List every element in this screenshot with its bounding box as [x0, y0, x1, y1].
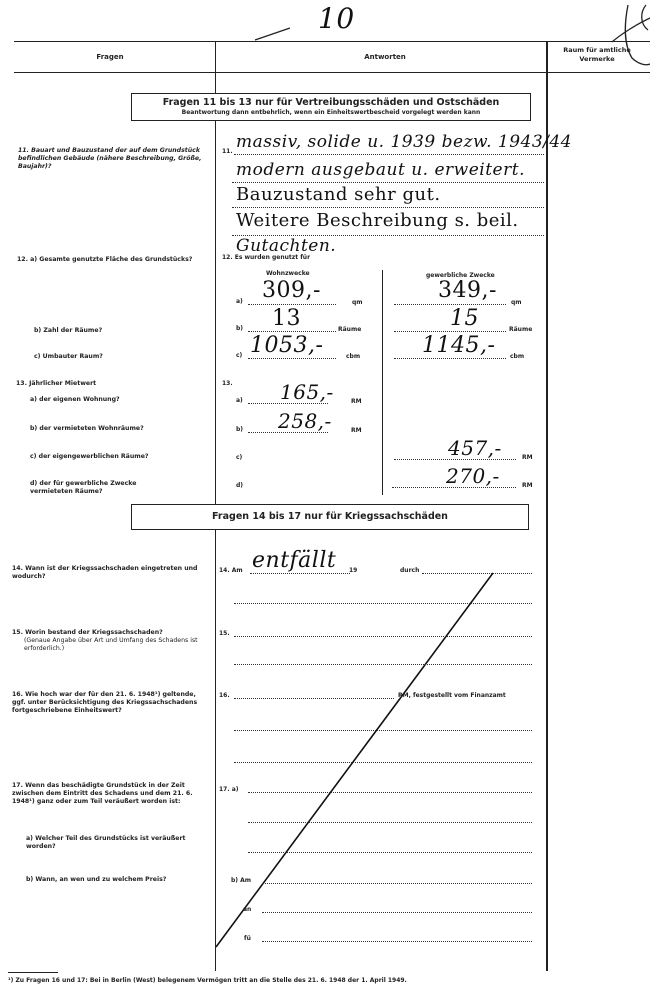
q12-question-c: c) Umbauter Raum? [34, 353, 103, 361]
q16-question: 16. Wie hoch war der für den 21. 6. 1948… [12, 691, 202, 715]
section-war-damages-banner: Fragen 14 bis 17 nur für Kriegssachschäd… [131, 504, 529, 530]
q11-answer-line-3: Bauzustand sehr gut. [236, 184, 441, 205]
q13-row-a-label: a) [236, 397, 243, 404]
q15-note: (Genaue Angabe über Art und Umfang des S… [24, 637, 204, 653]
q13-question-d: d) der für gewerbliche Zwecke vermietete… [30, 480, 180, 496]
q12-commercial-volume: 1145,- [422, 333, 495, 358]
q12-commercial-rooms: 15 [450, 306, 479, 331]
q17-answer-a-label: 17. a) [219, 786, 239, 793]
q12-unit-rooms-2: Räume [509, 326, 532, 333]
q14-question: 14. Wann ist der Kriegssachschaden einge… [12, 565, 202, 581]
q13-question-b: b) der vermieteten Wohnräume? [30, 425, 144, 433]
q17-answer-b-to: an [243, 906, 251, 913]
q15-question: 15. Worin bestand der Kriegssachschaden? [12, 629, 163, 637]
q11-answer-line-4: Weitere Beschreibung s. beil. [236, 210, 519, 231]
q17-question-a: a) Welcher Teil des Grundstücks ist verä… [26, 835, 196, 851]
q13-unit-c: RM [522, 454, 533, 461]
q12-row-b-label: b) [236, 325, 243, 332]
q11-answer-line-2: modern ausgebaut u. erweitert. [236, 160, 525, 180]
q12-unit-qm: qm [352, 299, 363, 306]
col-questions-header: Fragen [60, 53, 160, 61]
q13-own-dwelling-value: 165,- [280, 380, 334, 404]
section-expulsion-damages-banner: Fragen 11 bis 13 nur für Vertreibungssch… [131, 93, 531, 121]
q12-unit-rooms: Räume [338, 326, 361, 333]
q14-answer-prefix: 14. Am [219, 567, 243, 574]
q11-answer-line-1: massiv, solide u. 1939 bezw. 1943/44 [236, 132, 572, 152]
section-title: Fragen 11 bis 13 nur für Vertreibungssch… [132, 97, 530, 108]
q11-question: 11. Bauart und Bauzustand der auf dem Gr… [18, 147, 203, 171]
q13-row-c-label: c) [236, 454, 242, 461]
q12-row-c-label: c) [236, 352, 242, 359]
q12-unit-cbm: cbm [346, 353, 360, 360]
q16-answer-label: 16. [219, 692, 230, 699]
q13-rented-commercial-value: 270,- [446, 464, 500, 488]
q13-answer-label: 13. [222, 380, 233, 387]
q13-unit-a: RM [351, 398, 362, 405]
q12-commercial-area: 349,- [438, 278, 497, 303]
q13-question-c: c) der eigengewerblichen Räume? [30, 453, 149, 461]
q14-answer-value: entfällt [252, 548, 336, 573]
q17-answer-b-label: b) Am [231, 877, 251, 884]
q13-own-commercial-value: 457,- [448, 436, 502, 460]
q11-answer-line-5: Gutachten. [236, 236, 336, 256]
q13-unit-d: RM [522, 482, 533, 489]
q12-residential-rooms: 13 [272, 306, 301, 331]
q13-row-b-label: b) [236, 426, 243, 433]
q15-answer-label: 15. [219, 630, 230, 637]
section-subtitle: Beantwortung dann entbehrlich, wenn ein … [132, 109, 530, 116]
q13-row-d-label: d) [236, 482, 243, 489]
q12-residential-volume: 1053,- [250, 333, 323, 358]
q17-answer-b-for: fü [244, 935, 251, 942]
q13-question-a: a) der eigenen Wohnung? [30, 396, 120, 404]
q12-question-b: b) Zahl der Räume? [34, 327, 102, 335]
q13-unit-b: RM [351, 427, 362, 434]
section-title-2: Fragen 14 bis 17 nur für Kriegssachschäd… [132, 511, 528, 522]
col-answers-header: Antworten [260, 53, 510, 61]
col-remarks-header: Raum für amtliche Vermerke [552, 46, 642, 64]
q14-year-prefix: 19 [349, 567, 357, 574]
q12-row-a-label: a) [236, 298, 243, 305]
q12-unit-qm-2: qm [511, 299, 522, 306]
q17-question-b: b) Wann, an wen und zu welchem Preis? [26, 876, 166, 884]
q12-answer-label: 12. Es wurden genutzt für [222, 254, 310, 261]
q17-question: 17. Wenn das beschädigte Grundstück in d… [12, 782, 202, 806]
q14-by-label: durch [400, 567, 419, 574]
q13-title: 13. Jährlicher Mietwert [16, 380, 96, 388]
q12-question-a: 12. a) Gesamte genutzte Fläche des Grund… [17, 256, 207, 264]
q11-answer-label: 11. [222, 148, 233, 155]
q12-unit-cbm-2: cbm [510, 353, 524, 360]
q12-residential-area: 309,- [262, 278, 321, 303]
footnote: ¹) Zu Fragen 16 und 17: Bei in Berlin (W… [8, 977, 407, 984]
q16-answer-suffix: RM, festgestellt vom Finanzamt [398, 692, 506, 699]
col-residential: Wohnzwecke [266, 270, 310, 277]
q13-rented-rooms-value: 258,- [278, 409, 332, 433]
